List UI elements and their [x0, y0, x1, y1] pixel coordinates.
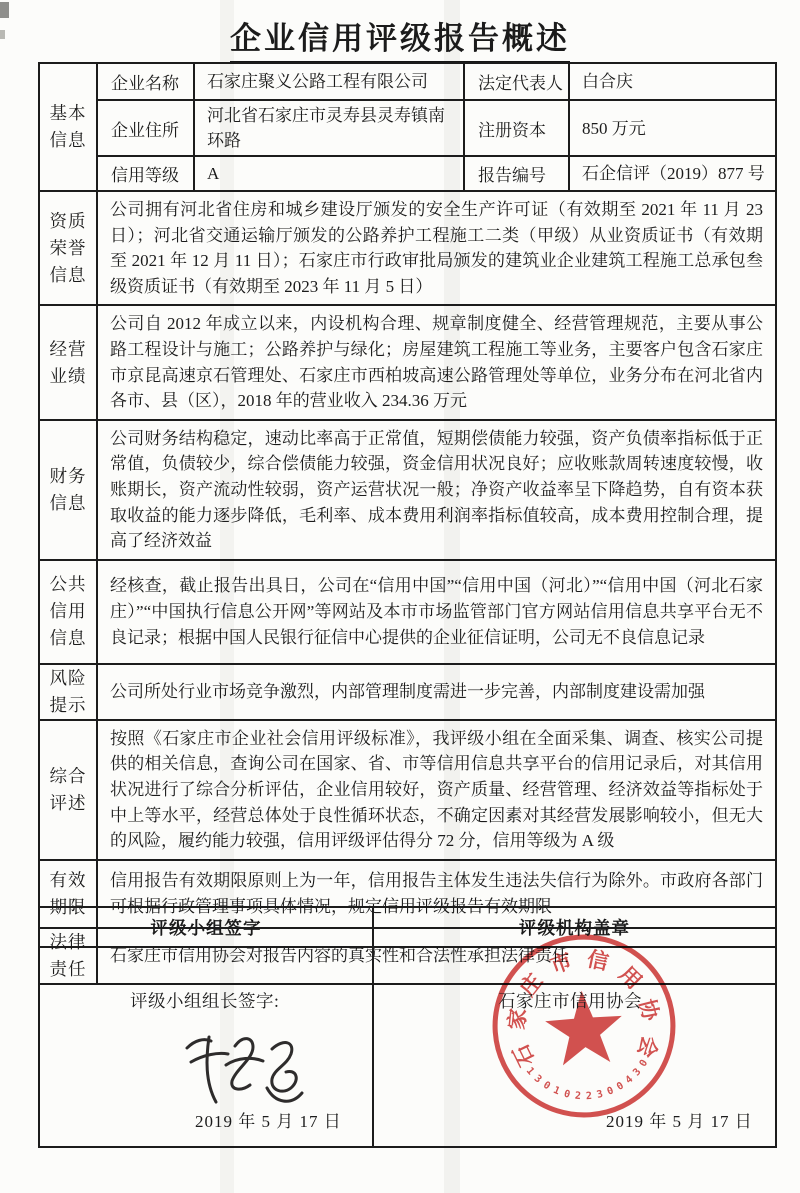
stamp-text-char: 2	[574, 1091, 581, 1102]
org-stamp: 石家庄市信用协会1301022300430	[482, 924, 687, 1129]
report-page: 企业信用评级报告概述 基本信息 企业名称 石家庄聚义公路工程有限公司 法定代表人…	[0, 0, 800, 1193]
basic-info-row-2: 企业住所 河北省石家庄市灵寿县灵寿镇南环路 注册资本 850 万元	[39, 100, 776, 156]
stamp-text-char: 0	[541, 1080, 552, 1093]
comprehensive-review-content: 按照《石家庄市企业社会信用评级标准》，我评级小组在全面采集、调查、核实公司提供的…	[97, 720, 776, 860]
handwritten-signature	[178, 1030, 323, 1118]
registered-capital-value: 850 万元	[569, 100, 776, 156]
public-credit-content: 经核查，截止报告出具日，公司在“信用中国”“信用中国（河北）”“信用中国（河北石…	[97, 560, 776, 664]
stamp-text-char: 0	[606, 1085, 616, 1097]
stamp-text-char: 0	[638, 1058, 651, 1069]
credit-grade-value: A	[194, 156, 464, 191]
financial-info-label: 财务信息	[39, 420, 97, 560]
stamp-text-char: 1	[551, 1085, 561, 1098]
risk-warning-content: 公司所处行业市场竞争激烈，内部管理制度需进一步完善，内部制度建设需加强	[97, 664, 776, 720]
stamp-text-char: 市	[547, 948, 575, 978]
stamp-text-char: 2	[586, 1091, 593, 1102]
section-row-qualifications: 资质荣誉信息 公司拥有河北省住房和城乡建设厅颁发的安全生产许可证（有效期至 20…	[39, 191, 776, 305]
business-performance-label: 经营业绩	[39, 305, 97, 419]
stamp-text-char: 3	[596, 1089, 604, 1101]
business-performance-content: 公司自 2012 年成立以来，内设机构合理、规章制度健全、经营管理规范，主要从事…	[97, 305, 776, 419]
section-row-public-credit: 公共信用信息 经核查，截止报告出具日，公司在“信用中国”“信用中国（河北）”“信…	[39, 560, 776, 664]
public-credit-label: 公共信用信息	[39, 560, 97, 664]
risk-warning-label: 风险提示	[39, 664, 97, 720]
basic-info-row-1: 基本信息 企业名称 石家庄聚义公路工程有限公司 法定代表人 白合庆	[39, 63, 776, 100]
team-signature-date: 2019 年 5 月 17 日	[195, 1107, 342, 1132]
stamp-text-char: 3	[631, 1067, 643, 1079]
team-leader-signature-label: 评级小组组长签字:	[130, 988, 279, 1013]
company-address-label: 企业住所	[97, 100, 194, 156]
section-row-financial-info: 财务信息 公司财务结构稳定，速动比率高于正常值，短期偿债能力较强，资产负债率指标…	[39, 420, 776, 560]
qualifications-label: 资质荣誉信息	[39, 191, 97, 305]
company-name-label: 企业名称	[97, 63, 194, 100]
stamp-text-char: 会	[633, 1033, 663, 1061]
comprehensive-review-label: 综合评述	[39, 720, 97, 860]
company-address-value: 河北省石家庄市灵寿县灵寿镇南环路	[194, 100, 464, 156]
stamp-cell: 石家庄市信用协会 石家庄市信用协会1301022300430 2019 年 5 …	[373, 947, 776, 1147]
stamp-text-char: 0	[563, 1089, 572, 1101]
basic-info-section-label: 基本信息	[39, 63, 97, 191]
report-number-value: 石企信评（2019）877 号	[569, 156, 776, 191]
section-row-comprehensive-review: 综合评述 按照《石家庄市企业社会信用评级标准》，我评级小组在全面采集、调查、核实…	[39, 720, 776, 860]
legal-rep-value: 白合庆	[569, 63, 776, 100]
company-name-value: 石家庄聚义公路工程有限公司	[194, 63, 464, 100]
page-title: 企业信用评级报告概述	[0, 13, 800, 64]
stamp-text-char: 4	[624, 1074, 636, 1086]
financial-info-content: 公司财务结构稳定，速动比率高于正常值，短期偿债能力较强，资产负债率指标低于正常值…	[97, 420, 776, 560]
stamp-text-char: 石	[509, 1040, 540, 1070]
signature-table: 评级小组签字 评级机构盖章 评级小组组长签字: 2019 年 5 月 1	[38, 906, 777, 1148]
registered-capital-label: 注册资本	[464, 100, 569, 156]
section-row-risk-warning: 风险提示 公司所处行业市场竞争激烈，内部管理制度需进一步完善，内部制度建设需加强	[39, 664, 776, 720]
stamp-text-char: 信	[585, 946, 612, 975]
signature-body-row: 评级小组组长签字: 2019 年 5 月 17 日 石家庄市信用协会	[39, 947, 776, 1147]
report-number-label: 报告编号	[464, 156, 569, 191]
page-title-text: 企业信用评级报告概述	[230, 13, 570, 64]
qualifications-content: 公司拥有河北省住房和城乡建设厅颁发的安全生产许可证（有效期至 2021 年 11…	[97, 191, 776, 305]
stamp-text-char: 0	[615, 1080, 626, 1093]
agency-name-text: 石家庄市信用协会	[498, 988, 642, 1013]
basic-info-row-3: 信用等级 A 报告编号 石企信评（2019）877 号	[39, 156, 776, 191]
section-row-business-performance: 经营业绩 公司自 2012 年成立以来，内设机构合理、规章制度健全、经营管理规范…	[39, 305, 776, 419]
main-table: 基本信息 企业名称 石家庄聚义公路工程有限公司 法定代表人 白合庆 企业住所 河…	[38, 62, 777, 985]
legal-rep-label: 法定代表人	[464, 63, 569, 100]
rating-team-signature-header: 评级小组签字	[39, 907, 373, 947]
signature-cell: 评级小组组长签字: 2019 年 5 月 17 日	[39, 947, 373, 1147]
credit-grade-label: 信用等级	[97, 156, 194, 191]
stamp-text-char: 3	[532, 1073, 544, 1085]
